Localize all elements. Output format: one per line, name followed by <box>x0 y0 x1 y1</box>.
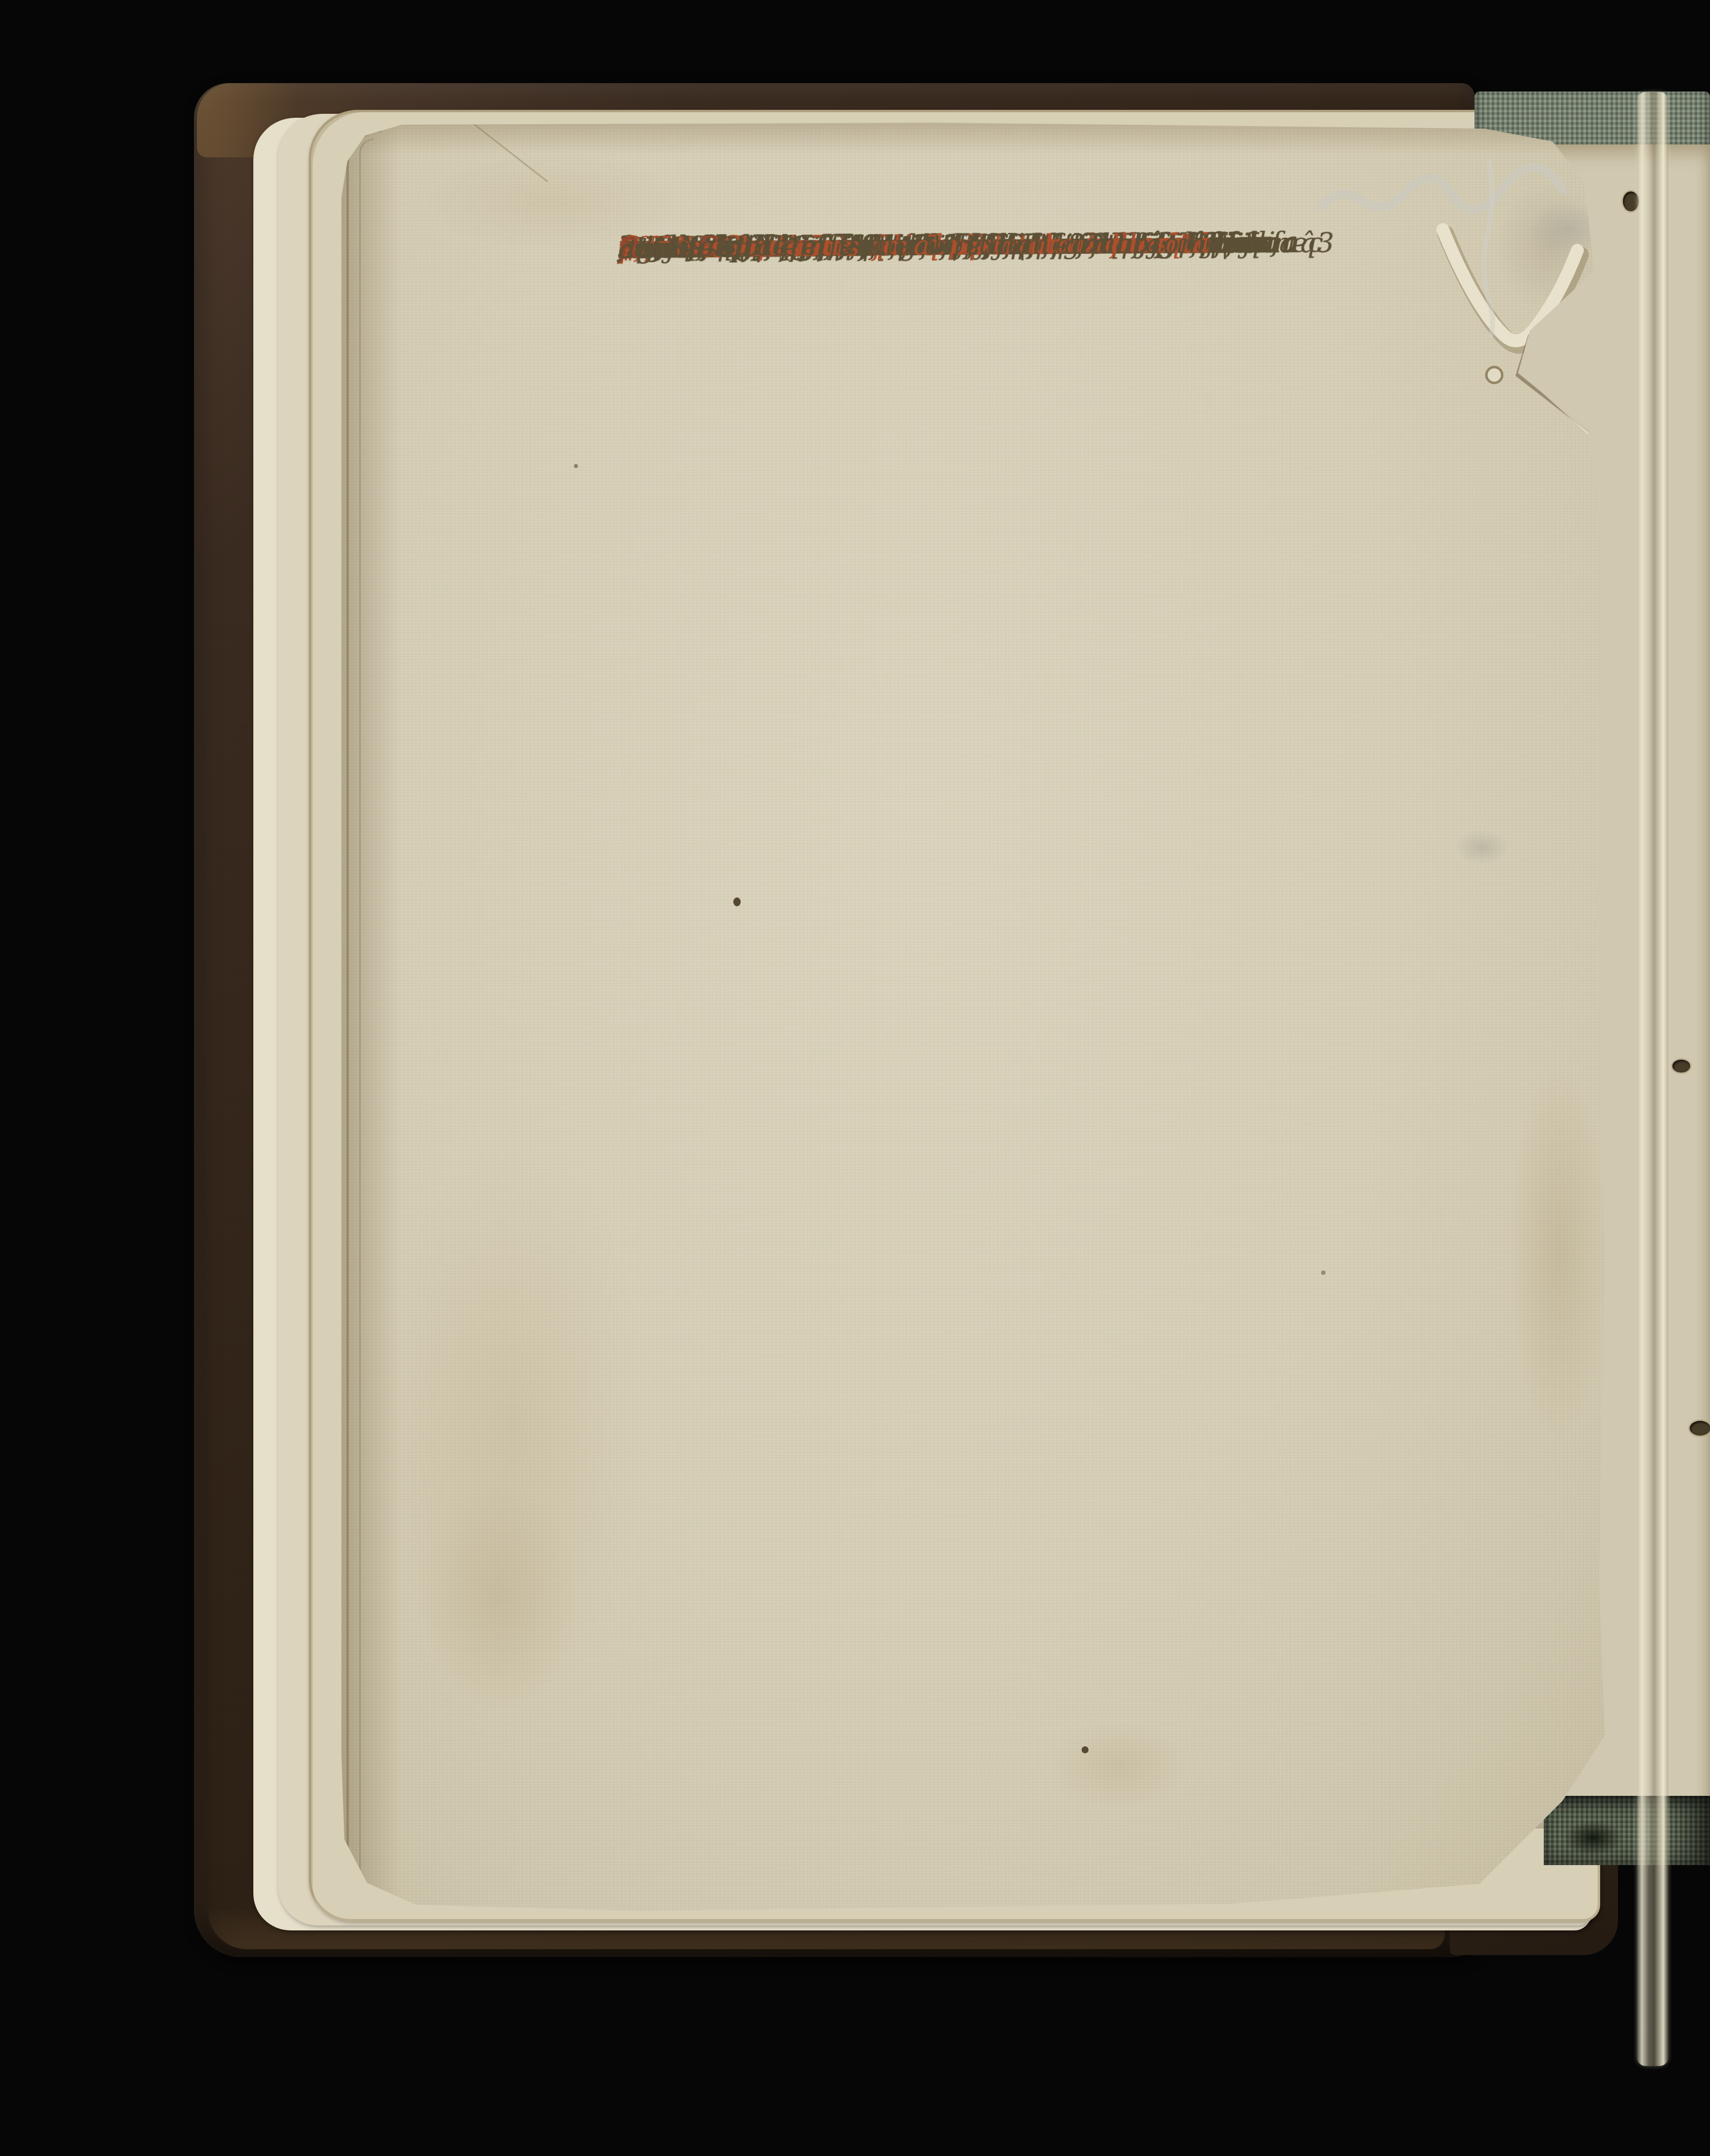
manuscript-page: ſuare argentum viuuz: vel pone illū jn q… <box>341 123 1611 1915</box>
wormhole <box>1672 1060 1690 1073</box>
ink-speck <box>733 897 741 906</box>
glass-rest-bar <box>1637 92 1668 2066</box>
manuscript-photo-scene: ſuare argentum viuuz: vel pone illū jn q… <box>0 0 1710 2156</box>
text-segment: apide: et <box>618 225 748 271</box>
paper-stain <box>421 1483 579 1711</box>
gray-smudge <box>1455 830 1509 865</box>
soiled-edge-line-inner <box>359 139 374 1894</box>
paper-stain <box>1049 1721 1187 1810</box>
wormhole <box>1690 1421 1710 1436</box>
text-segment: tis quīte eſſentie ut exhal eaz ab omī <box>668 221 1215 269</box>
cloth-dark-blotch <box>1564 1821 1623 1855</box>
ink-speck <box>574 464 578 468</box>
ink-speck <box>1082 1746 1089 1753</box>
paper-stain <box>1509 1063 1608 1439</box>
ink-speck <box>1321 1270 1326 1275</box>
